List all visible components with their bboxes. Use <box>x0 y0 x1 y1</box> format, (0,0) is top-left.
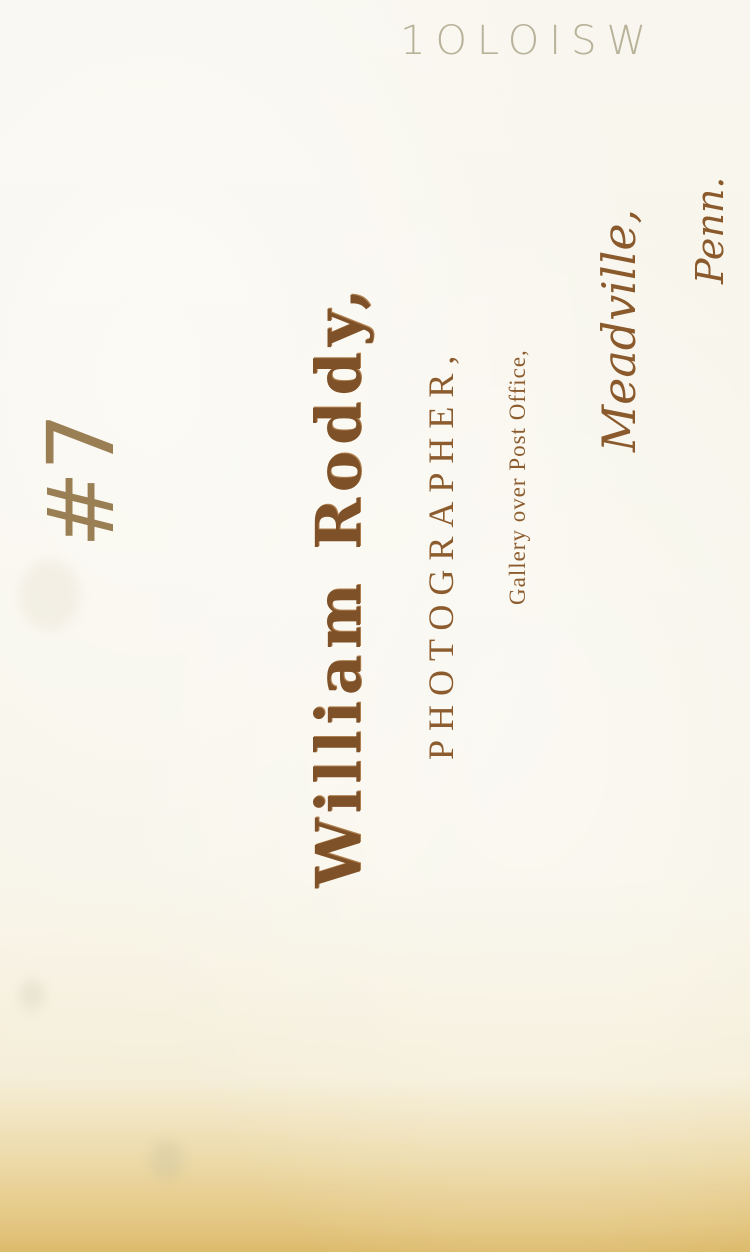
pencil-inventory-number: 1OLOISW <box>400 18 656 64</box>
gallery-address: Gallery over Post Office, <box>505 349 531 605</box>
foxing-spot <box>20 980 44 1010</box>
handwritten-number: #7 <box>28 412 135 548</box>
photographer-name: William Roddy, <box>302 283 375 888</box>
state-abbreviation: Penn. <box>688 177 732 284</box>
foxing-spot <box>150 1140 184 1180</box>
city-name: Meadville, <box>592 209 646 452</box>
fingerprint-smudge <box>20 560 80 630</box>
profession-label: PHOTOGRAPHER, <box>420 347 462 760</box>
cabinet-card-back: 1OLOISW #7 William Roddy, PHOTOGRAPHER, … <box>0 0 750 1252</box>
